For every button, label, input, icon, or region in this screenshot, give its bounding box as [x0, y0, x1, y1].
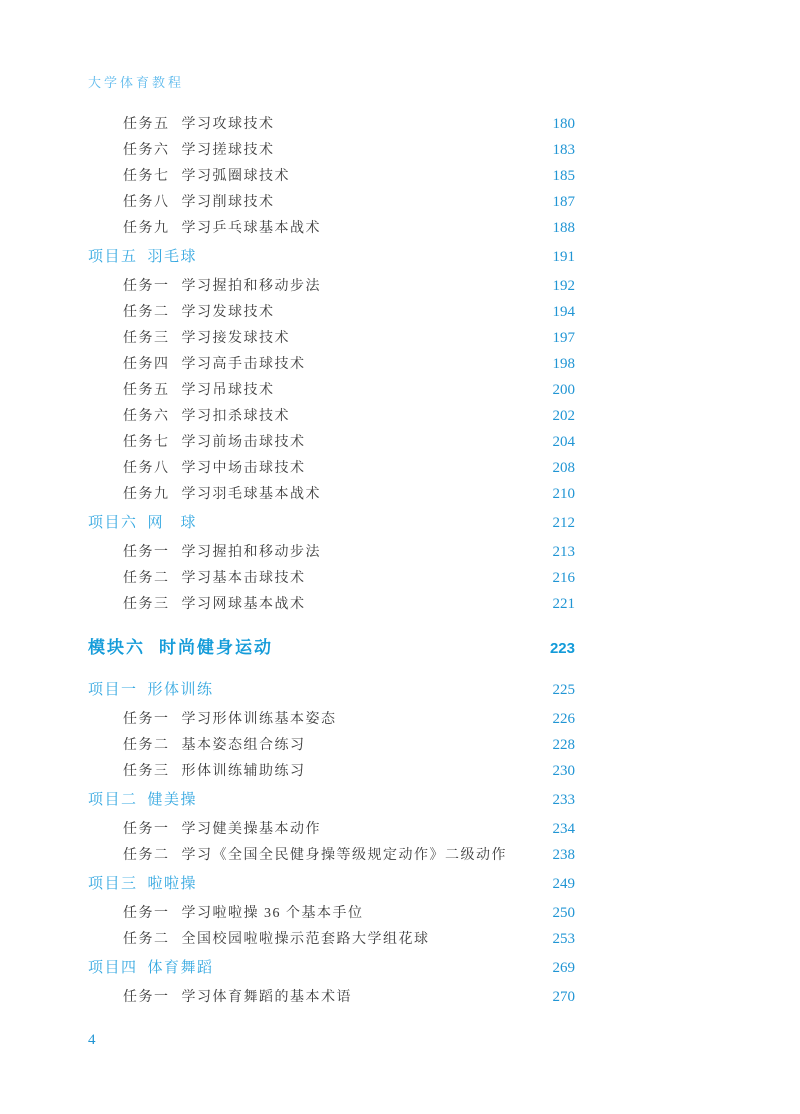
entry-title: 学习形体训练基本姿态	[182, 707, 337, 733]
entry-label: 任务五	[123, 378, 170, 404]
entry-title: 羽毛球	[148, 244, 198, 270]
entry-label: 项目一	[88, 677, 138, 703]
entry-title: 网 球	[148, 510, 198, 536]
toc-entry-project: 项目三啦啦操249	[88, 871, 575, 897]
entry-page-number: 213	[553, 539, 576, 565]
entry-title: 学习握拍和移动步法	[182, 540, 322, 566]
entry-label: 模块六	[88, 633, 145, 663]
entry-page-number: 202	[553, 403, 576, 429]
entry-page-number: 253	[553, 926, 576, 952]
entry-title: 学习体育舞蹈的基本术语	[182, 985, 353, 1011]
entry-page-number: 197	[553, 325, 576, 351]
toc-entry-task: 任务九学习乒乓球基本战术188	[88, 215, 575, 241]
entry-title: 形体训练	[148, 677, 214, 703]
entry-label: 任务一	[123, 901, 170, 927]
entry-label: 任务二	[123, 927, 170, 953]
toc-entry-task: 任务三形体训练辅助练习230	[88, 758, 575, 784]
entry-title: 健美操	[148, 787, 198, 813]
entry-label: 任务七	[123, 164, 170, 190]
entry-page-number: 191	[553, 244, 576, 270]
entry-title: 学习网球基本战术	[182, 592, 306, 618]
toc-entry-task: 任务二学习发球技术194	[88, 299, 575, 325]
toc-entry-task: 任务三学习网球基本战术221	[88, 591, 575, 617]
entry-title: 学习扣杀球技术	[182, 404, 291, 430]
toc-entry-project: 项目五羽毛球191	[88, 244, 575, 270]
folio-page-number: 4	[88, 1032, 96, 1049]
entry-page-number: 212	[553, 510, 576, 536]
entry-label: 任务一	[123, 817, 170, 843]
entry-label: 任务九	[123, 216, 170, 242]
entry-title: 学习基本击球技术	[182, 566, 306, 592]
entry-page-number: 228	[553, 732, 576, 758]
entry-title: 学习发球技术	[182, 300, 275, 326]
entry-label: 任务八	[123, 190, 170, 216]
entry-title: 学习乒乓球基本战术	[182, 216, 322, 242]
toc-entry-project: 项目四体育舞蹈269	[88, 955, 575, 981]
entry-title: 学习吊球技术	[182, 378, 275, 404]
entry-page-number: 225	[553, 677, 576, 703]
toc-entry-task: 任务九学习羽毛球基本战术210	[88, 481, 575, 507]
entry-page-number: 234	[553, 816, 576, 842]
entry-page-number: 192	[553, 273, 576, 299]
entry-page-number: 187	[553, 189, 576, 215]
entry-title: 学习啦啦操 36 个基本手位	[182, 901, 364, 927]
entry-label: 任务二	[123, 566, 170, 592]
entry-page-number: 210	[553, 481, 576, 507]
entry-label: 任务一	[123, 985, 170, 1011]
entry-label: 任务二	[123, 300, 170, 326]
entry-page-number: 208	[553, 455, 576, 481]
entry-page-number: 185	[553, 163, 576, 189]
toc-entry-task: 任务一学习健美操基本动作234	[88, 816, 575, 842]
toc-entry-task: 任务一学习握拍和移动步法213	[88, 539, 575, 565]
toc-entry-task: 任务六学习搓球技术183	[88, 137, 575, 163]
entry-title: 形体训练辅助练习	[182, 759, 306, 785]
toc-entry-task: 任务二学习基本击球技术216	[88, 565, 575, 591]
entry-page-number: 183	[553, 137, 576, 163]
entry-label: 任务五	[123, 112, 170, 138]
entry-label: 任务一	[123, 540, 170, 566]
entry-title: 学习前场击球技术	[182, 430, 306, 456]
entry-page-number: 216	[553, 565, 576, 591]
entry-label: 任务一	[123, 274, 170, 300]
entry-title: 学习削球技术	[182, 190, 275, 216]
entry-page-number: 233	[553, 787, 576, 813]
entry-title: 学习健美操基本动作	[182, 817, 322, 843]
toc-entry-task: 任务八学习中场击球技术208	[88, 455, 575, 481]
entry-page-number: 221	[553, 591, 576, 617]
entry-page-number: 269	[553, 955, 576, 981]
toc-entry-task: 任务五学习攻球技术180	[88, 111, 575, 137]
entry-label: 任务三	[123, 326, 170, 352]
entry-label: 项目三	[88, 871, 138, 897]
entry-label: 任务三	[123, 592, 170, 618]
toc-entry-task: 任务二基本姿态组合练习228	[88, 732, 575, 758]
toc-entry-project: 项目六网 球212	[88, 510, 575, 536]
entry-label: 任务七	[123, 430, 170, 456]
toc-entry-task: 任务一学习体育舞蹈的基本术语270	[88, 984, 575, 1010]
entry-page-number: 250	[553, 900, 576, 926]
entry-page-number: 204	[553, 429, 576, 455]
running-head-book-title: 大学体育教程	[88, 72, 184, 91]
toc-list: 任务五学习攻球技术180任务六学习搓球技术183任务七学习弧圈球技术185任务八…	[88, 111, 575, 1010]
entry-page-number: 270	[553, 984, 576, 1010]
entry-title: 时尚健身运动	[159, 633, 273, 663]
entry-page-number: 188	[553, 215, 576, 241]
entry-label: 项目四	[88, 955, 138, 981]
entry-page-number: 238	[553, 842, 576, 868]
entry-label: 项目六	[88, 510, 138, 536]
toc-entry-task: 任务一学习形体训练基本姿态226	[88, 706, 575, 732]
entry-title: 学习《全国全民健身操等级规定动作》二级动作	[182, 843, 508, 869]
entry-label: 任务一	[123, 707, 170, 733]
toc-entry-task: 任务一学习握拍和移动步法192	[88, 273, 575, 299]
entry-title: 体育舞蹈	[148, 955, 214, 981]
entry-label: 任务六	[123, 404, 170, 430]
toc-entry-project: 项目二健美操233	[88, 787, 575, 813]
entry-title: 基本姿态组合练习	[182, 733, 306, 759]
entry-page-number: 180	[553, 111, 576, 137]
toc-entry-task: 任务七学习弧圈球技术185	[88, 163, 575, 189]
entry-page-number: 198	[553, 351, 576, 377]
entry-page-number: 223	[550, 634, 575, 664]
entry-title: 学习中场击球技术	[182, 456, 306, 482]
entry-page-number: 226	[553, 706, 576, 732]
entry-page-number: 200	[553, 377, 576, 403]
toc-entry-task: 任务六学习扣杀球技术202	[88, 403, 575, 429]
toc-entry-task: 任务二全国校园啦啦操示范套路大学组花球253	[88, 926, 575, 952]
entry-label: 任务八	[123, 456, 170, 482]
book-page: 大学体育教程 任务五学习攻球技术180任务六学习搓球技术183任务七学习弧圈球技…	[0, 0, 800, 1114]
entry-title: 啦啦操	[148, 871, 198, 897]
entry-title: 学习搓球技术	[182, 138, 275, 164]
entry-label: 任务四	[123, 352, 170, 378]
entry-label: 任务二	[123, 843, 170, 869]
entry-title: 学习高手击球技术	[182, 352, 306, 378]
entry-label: 任务九	[123, 482, 170, 508]
entry-page-number: 230	[553, 758, 576, 784]
toc-entry-task: 任务五学习吊球技术200	[88, 377, 575, 403]
entry-title: 学习羽毛球基本战术	[182, 482, 322, 508]
entry-page-number: 249	[553, 871, 576, 897]
entry-title: 学习攻球技术	[182, 112, 275, 138]
entry-label: 项目五	[88, 244, 138, 270]
toc-entry-task: 任务三学习接发球技术197	[88, 325, 575, 351]
entry-label: 项目二	[88, 787, 138, 813]
toc-entry-task: 任务二学习《全国全民健身操等级规定动作》二级动作238	[88, 842, 575, 868]
toc-entry-project: 项目一形体训练225	[88, 677, 575, 703]
toc-entry-task: 任务八学习削球技术187	[88, 189, 575, 215]
entry-label: 任务三	[123, 759, 170, 785]
entry-title: 全国校园啦啦操示范套路大学组花球	[182, 927, 430, 953]
toc-entry-task: 任务七学习前场击球技术204	[88, 429, 575, 455]
toc-entry-module: 模块六时尚健身运动223	[88, 633, 575, 663]
entry-title: 学习接发球技术	[182, 326, 291, 352]
toc-entry-task: 任务一学习啦啦操 36 个基本手位250	[88, 900, 575, 926]
entry-title: 学习握拍和移动步法	[182, 274, 322, 300]
entry-label: 任务二	[123, 733, 170, 759]
toc-entry-task: 任务四学习高手击球技术198	[88, 351, 575, 377]
entry-page-number: 194	[553, 299, 576, 325]
entry-label: 任务六	[123, 138, 170, 164]
entry-title: 学习弧圈球技术	[182, 164, 291, 190]
